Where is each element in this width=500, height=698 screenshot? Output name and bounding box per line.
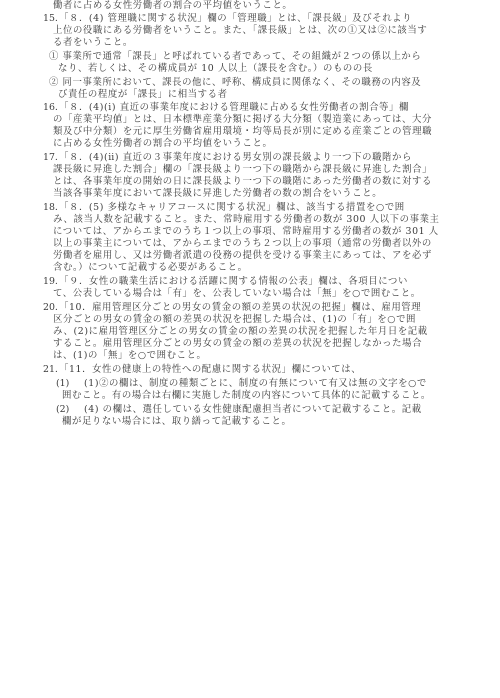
text-line: 当該各事業年度において課長級に昇進した労働者の数の割合をいうこと。 [53, 188, 382, 200]
text-line: 囲むこと。有の場合は右欄に実施した制度の内容について具体的に記載すること。 [62, 390, 431, 402]
text-line: なり、若しくは、その構成員が 10 人以上（課長を含む。）のものの長 [58, 63, 373, 75]
item-number: 18. [43, 202, 58, 214]
text-line: 類及び中分類）を元に厚生労働省雇用環境・均等局長が別に定める産業ごとの管理職 [53, 126, 432, 138]
text-line: すること。雇用管理区分ごとの男女の賃金の額の差異の状況を把握しなかった場合 [53, 338, 422, 350]
text-line: る者をいうこと。 [53, 37, 133, 49]
text-line: 働者に占める女性労働者の割合の平均値をいうこと。 [53, 0, 292, 12]
item-number: 20. [43, 302, 58, 314]
text-line: 上位の役職にある労働者をいうこと。また、「課長級」とは、次の①又は②に該当す [53, 25, 427, 37]
text-line: の「産業平均値」とは、日本標準産業分類に掲げる大分類（製造業にあっては、大分 [53, 114, 432, 126]
text-line: 「８．(4) 管理職に関する状況」欄の「管理職」とは、「課長級」及びそれより [59, 13, 412, 25]
item-number: 19. [43, 276, 58, 288]
text-line: み、(2)に雇用管理区分ごとの男女の賃金の額の差異の状況を把握した年月日を記載 [53, 326, 428, 338]
text-line: 課長級に昇進した割合」欄の「課長級より一つ下の職階から課長級に昇進した割合」 [53, 164, 432, 176]
text-line: 「11．女性の健康上の特性への配慮に関する状況」欄については、 [59, 364, 361, 376]
text-line: 労働者を雇用し、又は労働者派遣の役務の提供を受ける事業主にあっては、アを必ず [53, 250, 432, 262]
item-number: (2) [56, 404, 69, 416]
text-line: 「10．雇用管理区分ごとの男女の賃金の額の差異の状況の把握」欄は、雇用管理 [59, 302, 421, 314]
text-line: 「９．女性の職業生活における活躍に関する情報の公表」欄は、各項目につい [59, 276, 408, 288]
text-line: 以上の事業主については、アからエまでのうち２つ以上の事項（通常の労働者以外の [53, 238, 432, 250]
text-line: とは、各事業年度の開始の日に課長級より一つ下の職階にあった労働者の数に対する [53, 176, 432, 188]
text-line: に占める女性労働者の割合の平均値をいうこと。 [53, 138, 272, 150]
text-line: ② 同一事業所において、課長の他に、呼称、構成員に関係なく、その職務の内容及 [49, 77, 421, 89]
text-line: は、(1)の「無」を○で囲むこと。 [53, 350, 207, 362]
text-line: 「８．(5) 多様なキャリアコースに関する状況」欄は、該当する措置を○で囲 [59, 202, 405, 214]
item-number: (1) [56, 378, 69, 390]
text-line: 「８．(4)(ⅱ) 直近の３事業年度における男女別の課長級より一つ下の職階から [59, 152, 412, 164]
text-line: 欄が足りない場合には、取り繕って記載すること。 [62, 416, 291, 428]
item-number: 21. [43, 364, 58, 376]
text-line: 区分ごとの男女の賃金の額の差異の状況を把握した場合は、(1)の「有」を○で囲 [53, 314, 416, 326]
text-line: 「８．(4)(ⅰ) 直近の事業年度における管理職に占める女性労働者の割合等」欄 [59, 102, 409, 114]
text-line: 含む。）について記載する必要があること。 [53, 262, 248, 274]
text-line: ① 事業所で通常「課長」と呼ばれている者であって、その組織が２つの係以上から [49, 51, 421, 63]
item-number: 15. [43, 13, 58, 25]
text-line: については、アからエまでのうち１つ以上の事項、常時雇用する労働者の数が 301 … [53, 226, 439, 238]
text-line: て、公表している場合は「有」を、公表していない場合は「無」を○で囲むこと。 [53, 288, 421, 300]
text-line: み、該当人数を記載すること。また、常時雇用する労働者の数が 300 人以下の事業… [53, 214, 440, 226]
text-line: (4) の欄は、選任している女性健康配慮担当者について記載すること。記載 [84, 404, 422, 416]
text-line: び責任の程度が「課長」に相当する者 [58, 89, 228, 101]
item-number: 16. [43, 102, 58, 114]
text-line: (1)②の欄は、制度の種類ごとに、制度の有無について有又は無の文字を○で [84, 378, 427, 390]
item-number: 17. [43, 152, 58, 164]
